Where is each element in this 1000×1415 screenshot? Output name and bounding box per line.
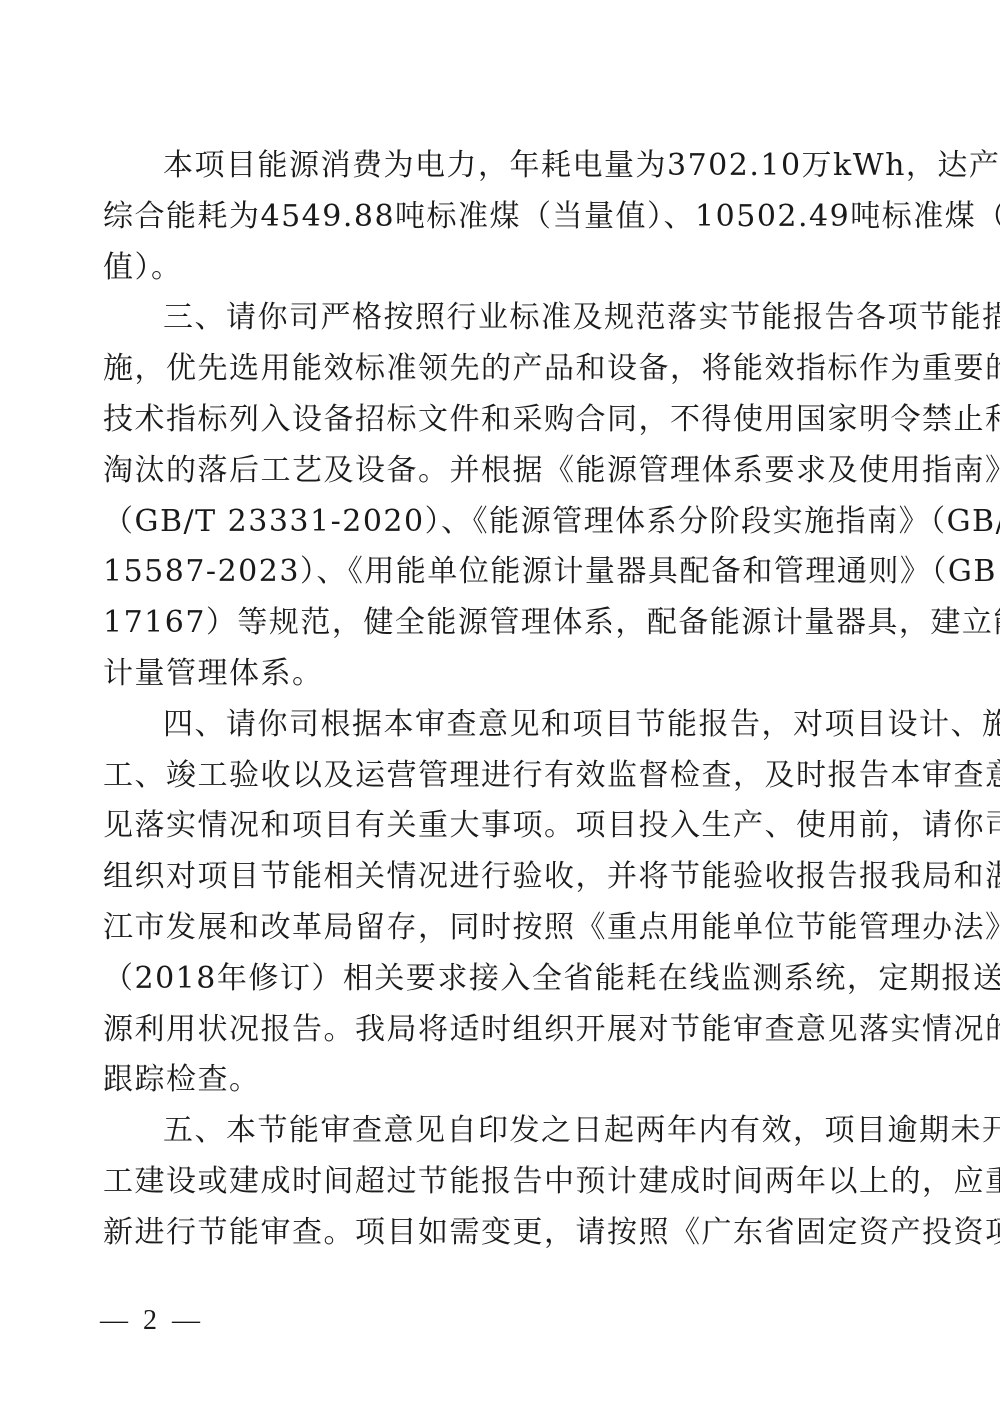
section-3-line-3: 技术指标列入设备招标文件和采购合同，不得使用国家明令禁止和 <box>103 395 899 446</box>
section-5-line-2: 工建设或建成时间超过节能报告中预计建成时间两年以上的，应重 <box>103 1157 899 1208</box>
document-page: 本项目能源消费为电力，年耗电量为3702.10万kWh，达产后年 综合能耗为45… <box>0 0 1000 1415</box>
section-4-line-3: 见落实情况和项目有关重大事项。项目投入生产、使用前，请你司 <box>103 801 899 852</box>
paragraph-energy-line-3: 值）。 <box>103 243 899 294</box>
section-3-line-2: 施，优先选用能效标准领先的产品和设备，将能效指标作为重要的 <box>103 344 899 395</box>
document-body: 本项目能源消费为电力，年耗电量为3702.10万kWh，达产后年 综合能耗为45… <box>103 141 899 1259</box>
section-3-line-5: （GB/T 23331-2020）、《能源管理体系分阶段实施指南》（GB/T <box>103 497 899 548</box>
section-4-line-2: 工、竣工验收以及运营管理进行有效监督检查，及时报告本审查意 <box>103 751 899 802</box>
section-3-line-8: 计量管理体系。 <box>103 649 899 700</box>
section-3-line-1: 三、请你司严格按照行业标准及规范落实节能报告各项节能措 <box>103 293 899 344</box>
section-4-line-6: （2018年修订）相关要求接入全省能耗在线监测系统，定期报送能 <box>103 954 899 1005</box>
section-3-line-7: 17167）等规范，健全能源管理体系，配备能源计量器具，建立能源 <box>103 598 899 649</box>
section-4-line-8: 跟踪检查。 <box>103 1055 899 1106</box>
section-5-line-1: 五、本节能审查意见自印发之日起两年内有效，项目逾期未开 <box>103 1106 899 1157</box>
section-3-line-6: 15587-2023）、《用能单位能源计量器具配备和管理通则》（GB <box>103 547 899 598</box>
section-4-line-1: 四、请你司根据本审查意见和项目节能报告，对项目设计、施 <box>103 700 899 751</box>
paragraph-energy-line-2: 综合能耗为4549.88吨标准煤（当量值）、10502.49吨标准煤（等价 <box>103 192 899 243</box>
section-4-line-4: 组织对项目节能相关情况进行验收，并将节能验收报告报我局和湛 <box>103 852 899 903</box>
page-number: — 2 — <box>100 1305 204 1337</box>
section-5-line-3: 新进行节能审查。项目如需变更，请按照《广东省固定资产投资项 <box>103 1208 899 1259</box>
section-4-line-7: 源利用状况报告。我局将适时组织开展对节能审查意见落实情况的 <box>103 1005 899 1056</box>
section-4-line-5: 江市发展和改革局留存，同时按照《重点用能单位节能管理办法》 <box>103 903 899 954</box>
section-3-line-4: 淘汰的落后工艺及设备。并根据《能源管理体系要求及使用指南》 <box>103 446 899 497</box>
paragraph-energy-line-1: 本项目能源消费为电力，年耗电量为3702.10万kWh，达产后年 <box>103 141 899 192</box>
